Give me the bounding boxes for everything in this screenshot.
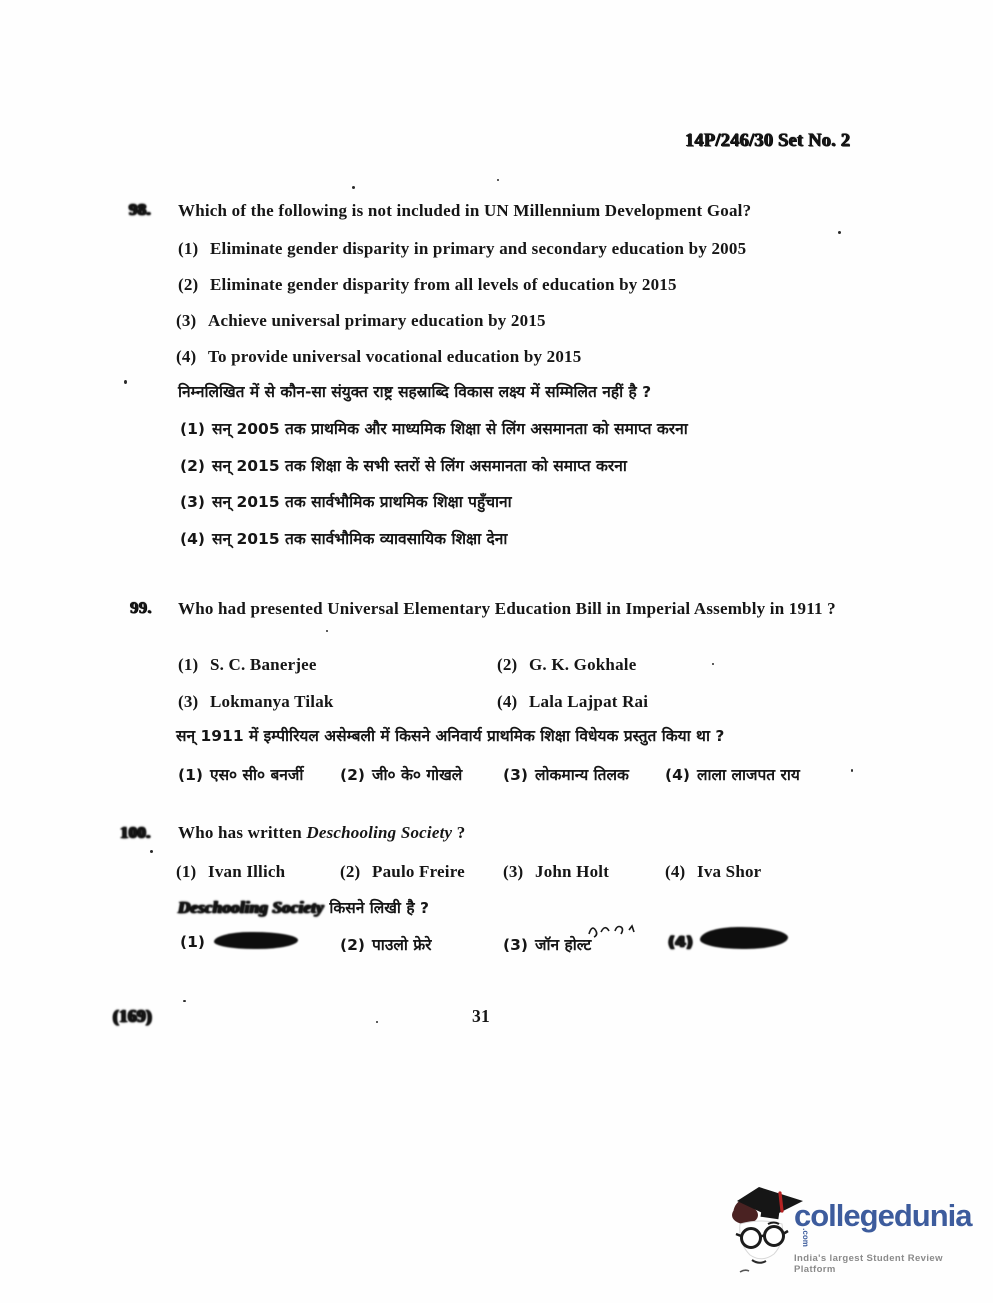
- option-text: Lala Lajpat Rai: [529, 692, 648, 711]
- scan-speck: [150, 850, 153, 853]
- question-98-text-en: Which of the following is not included i…: [178, 201, 751, 221]
- option-label: (4): [665, 766, 697, 784]
- option-text: पाउलो फ्रेरे: [372, 936, 432, 954]
- q98-option-3-hi: (3)सन् 2015 तक सार्वभौमिक प्राथमिक शिक्ष…: [180, 490, 512, 512]
- paper-code-header: 14P/246/30 Set No. 2: [685, 131, 850, 152]
- scan-speck: [124, 380, 127, 384]
- ink-smudge: [700, 927, 788, 949]
- q99-option-2-hi: (2)जी० के० गोखले: [340, 763, 462, 785]
- option-text: Achieve universal primary education by 2…: [208, 311, 546, 330]
- question-100-number: 100.: [120, 823, 151, 843]
- option-text: To provide universal vocational educatio…: [208, 347, 581, 366]
- option-text: G. K. Gokhale: [529, 655, 636, 674]
- option-label: (1): [176, 862, 208, 882]
- scan-speck: [497, 179, 499, 181]
- option-text: Paulo Freire: [372, 862, 465, 881]
- collegedunia-tld-text: .com: [801, 1228, 810, 1247]
- scan-speck: [326, 630, 328, 632]
- q98-option-1-en: (1)Eliminate gender disparity in primary…: [178, 239, 746, 259]
- scan-speck: [851, 769, 853, 772]
- option-label: (3): [176, 311, 208, 331]
- q100-option-3-hi: (3)जॉन होल्ट: [503, 933, 591, 955]
- option-label: (1): [180, 420, 212, 438]
- option-label: (4): [176, 347, 208, 367]
- question-100-text-hi: Deschooling Society किसने लिखी है ?: [178, 896, 429, 918]
- booklet-code-footer: (169): [113, 1006, 152, 1027]
- collegedunia-brand-text: collegedunia: [794, 1198, 971, 1233]
- option-label: (4): [180, 530, 212, 548]
- option-text: John Holt: [535, 862, 609, 881]
- option-label: (2): [340, 936, 372, 954]
- q98-option-4-hi: (4)सन् 2015 तक सार्वभौमिक व्यावसायिक शिक…: [180, 527, 507, 549]
- option-text: सन् 2015 तक सार्वभौमिक व्यावसायिक शिक्षा…: [212, 530, 507, 548]
- option-text: S. C. Banerjee: [210, 655, 317, 674]
- page-number: 31: [472, 1006, 490, 1027]
- collegedunia-logo: collegedunia.com India's largest Student…: [728, 1186, 978, 1278]
- scanned-exam-page: 14P/246/30 Set No. 2 98. Which of the fo…: [0, 0, 993, 1303]
- option-text: Eliminate gender disparity from all leve…: [210, 275, 677, 294]
- scan-speck: [183, 1000, 186, 1002]
- q99-option-4-en: (4)Lala Lajpat Rai: [497, 692, 648, 712]
- option-text: Iva Shor: [697, 862, 761, 881]
- option-text: जी० के० गोखले: [372, 766, 462, 784]
- option-label: (4): [668, 933, 700, 951]
- option-label: (2): [340, 766, 372, 784]
- question-100-text-en: Who has written Deschooling Society ?: [178, 823, 465, 843]
- option-text: Eliminate gender disparity in primary an…: [210, 239, 746, 258]
- option-text: सन् 2015 तक शिक्षा के सभी स्तरों से लिंग…: [212, 457, 627, 475]
- scan-speck: [352, 186, 355, 189]
- q98-option-1-hi: (1)सन् 2005 तक प्राथमिक और माध्यमिक शिक्…: [180, 417, 688, 439]
- option-text: Lokmanya Tilak: [210, 692, 334, 711]
- option-label: (1): [180, 933, 212, 951]
- q98-option-2-hi: (2)सन् 2015 तक शिक्षा के सभी स्तरों से ल…: [180, 454, 627, 476]
- question-text-suffix: ?: [452, 823, 465, 842]
- option-label: (1): [178, 655, 210, 675]
- option-text: एस० सी० बनर्जी: [210, 766, 303, 784]
- q98-option-3-en: (3)Achieve universal primary education b…: [176, 311, 546, 331]
- option-label: (3): [178, 692, 210, 712]
- q98-option-2-en: (2)Eliminate gender disparity from all l…: [178, 275, 677, 295]
- option-label: (2): [340, 862, 372, 882]
- option-label: (2): [178, 275, 210, 295]
- q100-option-4-hi: (4): [668, 933, 700, 951]
- q99-option-1-hi: (1)एस० सी० बनर्जी: [178, 763, 303, 785]
- question-text-italic: Deschooling Society: [306, 823, 452, 842]
- option-label: (4): [497, 692, 529, 712]
- option-text: जॉन होल्ट: [535, 936, 591, 954]
- option-text: लोकमान्य तिलक: [535, 766, 629, 784]
- scan-speck: [376, 1021, 378, 1023]
- ink-smudge: [214, 932, 298, 949]
- question-99-text-en: Who had presented Universal Elementary E…: [178, 598, 878, 620]
- option-label: (3): [503, 862, 535, 882]
- option-text: Ivan Illich: [208, 862, 285, 881]
- q99-option-4-hi: (4)लाला लाजपत राय: [665, 763, 800, 785]
- q99-option-1-en: (1)S. C. Banerjee: [178, 655, 317, 675]
- q100-option-1-en: (1)Ivan Illich: [176, 862, 285, 882]
- question-text-suffix: किसने लिखी है ?: [324, 899, 429, 917]
- option-text: सन् 2005 तक प्राथमिक और माध्यमिक शिक्षा …: [212, 420, 688, 438]
- q99-option-3-hi: (3)लोकमान्य तिलक: [503, 763, 629, 785]
- question-text-prefix: Who has written: [178, 823, 306, 842]
- question-99-text-hi: सन् 1911 में इम्पीरियल असेम्बली में किसन…: [176, 724, 724, 746]
- option-label: (4): [665, 862, 697, 882]
- option-label: (1): [178, 239, 210, 259]
- question-98-number: 98.: [129, 200, 151, 220]
- scan-speck: [838, 231, 841, 234]
- question-99-number: 99.: [130, 598, 152, 618]
- q99-option-3-en: (3)Lokmanya Tilak: [178, 692, 334, 712]
- collegedunia-tagline: India's largest Student Review Platform: [794, 1253, 978, 1275]
- option-label: (3): [503, 766, 535, 784]
- q100-option-4-en: (4)Iva Shor: [665, 862, 761, 882]
- q100-option-3-en: (3)John Holt: [503, 862, 609, 882]
- option-label: (3): [180, 493, 212, 511]
- q100-option-1-hi: (1): [180, 933, 212, 951]
- question-98-text-hi: निम्नलिखित में से कौन-सा संयुक्त राष्ट्र…: [178, 380, 651, 402]
- q98-option-4-en: (4)To provide universal vocational educa…: [176, 347, 581, 367]
- question-text-italic-smudged: Deschooling Society: [178, 898, 324, 917]
- option-label: (2): [497, 655, 529, 675]
- scan-speck: [712, 663, 714, 665]
- option-label: (3): [503, 936, 535, 954]
- option-text: लाला लाजपत राय: [697, 766, 800, 784]
- q100-option-2-hi: (2)पाउलो फ्रेरे: [340, 933, 432, 955]
- q99-option-2-en: (2)G. K. Gokhale: [497, 655, 636, 675]
- option-text: सन् 2015 तक सार्वभौमिक प्राथमिक शिक्षा प…: [212, 493, 512, 511]
- option-label: (1): [178, 766, 210, 784]
- option-label: (2): [180, 457, 212, 475]
- q100-option-2-en: (2)Paulo Freire: [340, 862, 465, 882]
